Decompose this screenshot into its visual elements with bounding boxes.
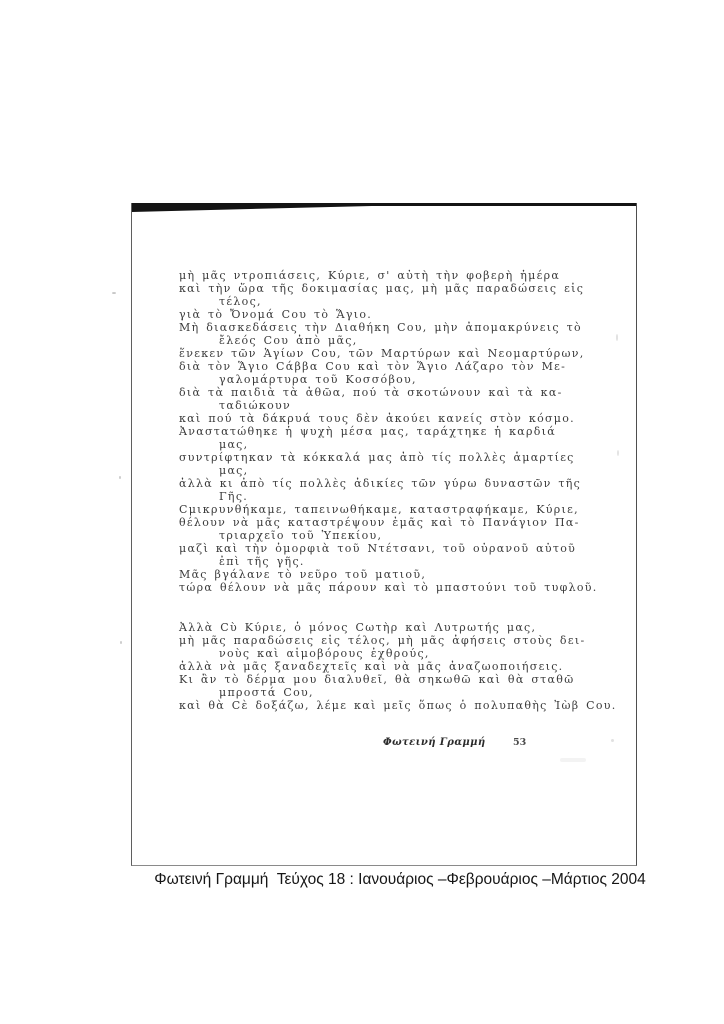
poem-line: ἀλλὰ νὰ μᾶς ξαναδεχτεῖς καὶ νὰ μᾶς ἀναζω… xyxy=(179,660,599,673)
poem-line: καὶ πού τὰ δάκρυά τους δὲν ἀκούει κανείς… xyxy=(179,412,599,425)
page-footer: Φωτεινή Γραμμή 53 xyxy=(132,737,636,751)
poem-line: Ἀναστατώθηκε ἡ ψυχὴ μέσα μας, ταράχτηκε … xyxy=(179,425,599,438)
poem-line: ἔλεός Cου ἀπὸ μᾶς, xyxy=(179,334,599,347)
poem-line: γιὰ τὸ Ὄνομά Cου τὸ Ἅγιο. xyxy=(179,308,599,321)
poem-line: συντρίφτηκαν τὰ κόκκαλά μας ἀπὸ τίς πολλ… xyxy=(179,451,599,464)
scan-artifact-top-wedge xyxy=(132,203,397,212)
poem-line: μαζὶ καὶ τὴν ὀμορφιὰ τοῦ Ντέτσανι, τοῦ ο… xyxy=(179,542,599,555)
poem-line: Μὴ διασκεδάσεις τὴν Διαθήκη Cου, μὴν ἀπο… xyxy=(179,321,599,334)
poem-line: τώρα θέλουν νὰ μᾶς πάρουν καὶ τὸ μπαστού… xyxy=(179,581,599,594)
poem-text: μὴ μᾶς ντροπιάσεις, Κύριε, σ' αὐτὴ τὴν φ… xyxy=(179,269,599,712)
poem-line: ἐπὶ τῆς γῆς. xyxy=(179,555,599,568)
document-view: μὴ μᾶς ντροπιάσεις, Κύριε, σ' αὐτὴ τὴν φ… xyxy=(0,0,724,1024)
page-number: 53 xyxy=(513,737,526,748)
scan-speck xyxy=(120,641,122,644)
poem-line: Ἀλλὰ Cὺ Κύριε, ὁ μόνος Cωτὴρ καὶ Λυτρωτή… xyxy=(179,621,599,634)
poem-line: διὰ τὰ παιδιὰ τὰ ἀθῶα, πού τὰ σκοτώνουν … xyxy=(179,386,599,399)
poem-line: ταδιώκουν xyxy=(179,399,599,412)
scan-speck xyxy=(617,450,619,456)
poem-line: Μᾶς βγάλανε τὸ νεῦρο τοῦ ματιοῦ, xyxy=(179,568,599,581)
poem-line: ἕνεκεν τῶν Ἁγίων Cου, τῶν Μαρτύρων καὶ Ν… xyxy=(179,347,599,360)
poem-line: θέλουν νὰ μᾶς καταστρέψουν ἐμᾶς καὶ τὸ Π… xyxy=(179,516,599,529)
poem-line: μὴ μᾶς ντροπιάσεις, Κύριε, σ' αὐτὴ τὴν φ… xyxy=(179,269,599,282)
poem-line: διὰ τὸν Ἅγιο Cάββα Cου καὶ τὸν Ἅγιο Λάζα… xyxy=(179,360,599,373)
scan-speck xyxy=(119,476,121,479)
scanned-page: μὴ μᾶς ντροπιάσεις, Κύριε, σ' αὐτὴ τὴν φ… xyxy=(131,203,637,866)
poem-line: Κι ἂν τὸ δέρμα μου διαλυθεῖ, θὰ σηκωθῶ κ… xyxy=(179,673,599,686)
poem-line: καὶ θὰ Cὲ δοξάζω, λέμε καὶ μεῖς ὅπως ὁ π… xyxy=(179,699,599,712)
poem-line: μὴ μᾶς παραδώσεις εἰς τέλος, μὴ μᾶς ἀφήσ… xyxy=(179,634,599,647)
issue-caption: Φωτεινή Γραμμή Τεύχος 18 : Ιανουάριος –Φ… xyxy=(142,870,658,890)
poem-stanza-2: Ἀλλὰ Cὺ Κύριε, ὁ μόνος Cωτὴρ καὶ Λυτρωτή… xyxy=(179,621,599,712)
poem-line: ἀλλὰ κι ἀπὸ τίς πολλὲς ἀδικίες τῶν γύρω … xyxy=(179,477,599,490)
scan-speck xyxy=(611,739,614,742)
scan-speck xyxy=(560,758,586,762)
poem-line: τέλος, xyxy=(179,295,599,308)
poem-line: μας, xyxy=(179,438,599,451)
poem-stanza-1: μὴ μᾶς ντροπιάσεις, Κύριε, σ' αὐτὴ τὴν φ… xyxy=(179,269,599,594)
scan-speck xyxy=(112,292,116,294)
poem-line: νοὺς καὶ αἱμοβόρους ἐχθρούς, xyxy=(179,647,599,660)
journal-name: Φωτεινή Γραμμή xyxy=(383,737,486,748)
scan-speck xyxy=(616,334,618,341)
poem-line: μας, xyxy=(179,464,599,477)
poem-line: γαλομάρτυρα τοῦ Κοσσόβου, xyxy=(179,373,599,386)
poem-line: μπροστά Cου, xyxy=(179,686,599,699)
poem-line: Cμικρυνθήκαμε, ταπεινωθήκαμε, καταστραφή… xyxy=(179,503,599,516)
poem-line: Γῆς. xyxy=(179,490,599,503)
poem-line: καὶ τὴν ὥρα τῆς δοκιμασίας μας, μὴ μᾶς π… xyxy=(179,282,599,295)
poem-line: τριαρχεῖο τοῦ Ὑπεκίου, xyxy=(179,529,599,542)
